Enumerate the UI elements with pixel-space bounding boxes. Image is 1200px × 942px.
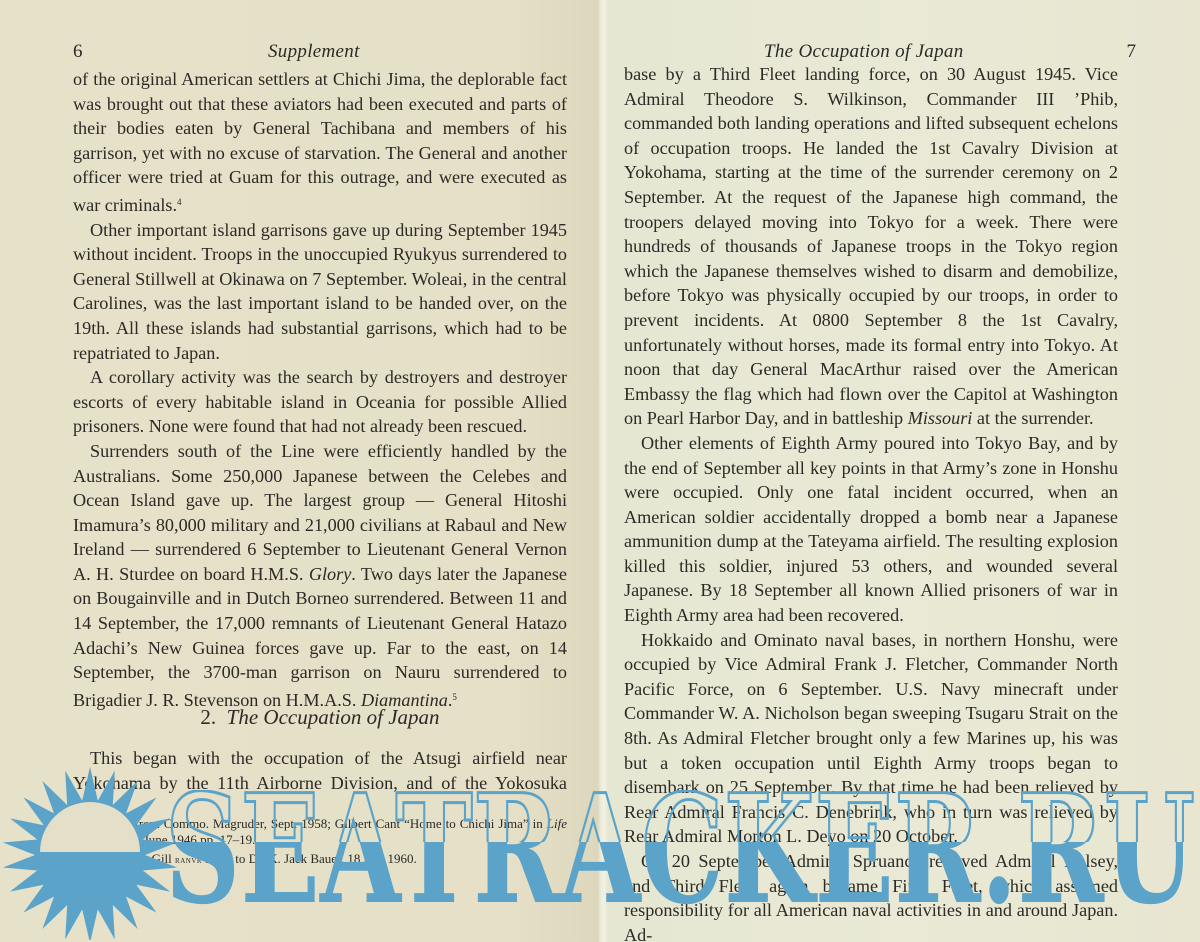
- left-page-body: of the original American settlers at Chi…: [73, 67, 567, 712]
- paragraph: Hokkaido and Ominato naval bases, in nor…: [624, 628, 1118, 849]
- footnote-ref[interactable]: 4: [177, 197, 182, 207]
- page-number-right: 7: [1127, 40, 1137, 64]
- right-page-body: base by a Third Fleet landing force, on …: [624, 62, 1118, 942]
- book-gutter: [597, 0, 609, 942]
- left-running-head: 6 Supplement: [73, 40, 567, 64]
- paragraph: base by a Third Fleet landing force, on …: [624, 62, 1118, 431]
- ship-name: Glory: [309, 564, 351, 584]
- paragraph: On 20 September Admiral Spruance relieve…: [624, 849, 1118, 942]
- footnote-ref[interactable]: 5: [452, 692, 457, 702]
- sun-starburst-icon: [0, 760, 180, 940]
- ship-name: Missouri: [908, 408, 973, 428]
- paragraph: Other elements of Eighth Army poured int…: [624, 431, 1118, 628]
- section-number: 2.: [200, 705, 216, 729]
- paragraph: Other important island garrisons gave up…: [73, 218, 567, 366]
- right-running-head: The Occupation of Japan 7: [624, 40, 1146, 64]
- running-head-title-left: Supplement: [268, 40, 360, 64]
- paragraph: of the original American settlers at Chi…: [73, 67, 567, 218]
- section-heading: 2. The Occupation of Japan: [73, 704, 567, 730]
- section-title: The Occupation of Japan: [227, 705, 440, 729]
- paragraph: A corollary activity was the search by d…: [73, 365, 567, 439]
- running-head-title-right: The Occupation of Japan: [764, 40, 964, 64]
- paragraph: Surrenders south of the Line were effici…: [73, 439, 567, 713]
- page-number-left: 6: [73, 40, 83, 64]
